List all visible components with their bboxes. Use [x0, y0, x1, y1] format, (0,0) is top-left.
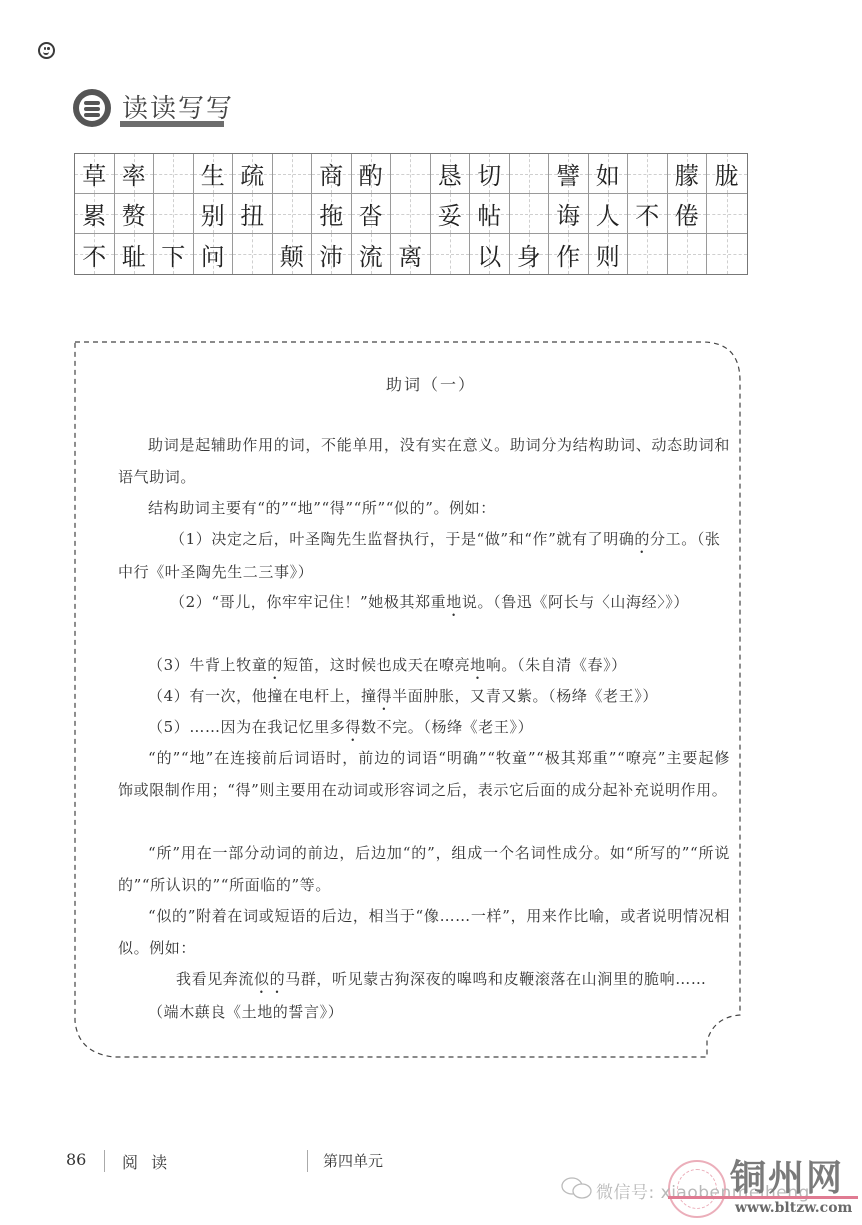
grid-cell	[510, 154, 550, 194]
wechat-icon	[560, 1176, 594, 1200]
paragraph-de-di-de: “的”“地”在连接前后词语时，前边的词语“明确”“牧童”“极其郑重”“嘹亮”主要…	[118, 743, 730, 806]
grid-cell: 则	[589, 234, 629, 274]
grid-cell: 扭	[233, 194, 273, 234]
grid-cell: 恳	[431, 154, 471, 194]
grid-character: 颠	[280, 237, 304, 272]
grid-cell: 酌	[352, 154, 392, 194]
grid-character: 身	[517, 237, 541, 272]
example-4: （4）有一次，他撞在电杆上，撞得半面肿胀，又青又紫。（杨绛《老王》）	[148, 681, 730, 714]
section-title-underline	[120, 121, 224, 127]
quote-example: 我看见奔流似的马群，听见蒙古狗深夜的嗥鸣和皮鞭滚落在山涧里的脆响……（端木蕻良《…	[148, 964, 730, 1029]
footer-divider	[307, 1150, 308, 1172]
grid-cell: 不	[628, 194, 668, 234]
grid-character: 耻	[122, 237, 146, 272]
grid-cell: 赘	[115, 194, 155, 234]
paragraph-sishi: “似的”附着在词或短语的后边，相当于“像……一样”，用来作比喻，或者说明情况相似…	[118, 901, 730, 964]
grid-cell: 下	[154, 234, 194, 274]
grid-character: 拖	[319, 196, 343, 231]
grid-cell	[154, 154, 194, 194]
grid-character: 酌	[359, 156, 383, 191]
grid-character: 累	[82, 196, 106, 231]
grid-cell: 帖	[470, 194, 510, 234]
grid-cell: 商	[312, 154, 352, 194]
grid-character: 作	[556, 237, 580, 272]
grid-cell	[628, 154, 668, 194]
grid-cell: 问	[194, 234, 234, 274]
example-1: （1）决定之后，叶圣陶先生监督执行，于是“做”和“作”就有了明确的分工。（张中行…	[118, 524, 730, 589]
grid-character: 商	[319, 156, 343, 191]
paragraph-intro: 助词是起辅助作用的词，不能单用，没有实在意义。助词分为结构助词、动态助词和语气助…	[118, 430, 730, 493]
section-number-three-icon	[73, 89, 111, 127]
grid-character: 以	[477, 237, 501, 272]
grid-cell: 别	[194, 194, 234, 234]
grid-character: 扭	[240, 196, 264, 231]
section-title: 读读写写	[122, 88, 234, 125]
grid-cell: 妥	[431, 194, 471, 234]
grid-cell	[273, 154, 313, 194]
grid-cell	[628, 234, 668, 274]
grid-cell: 身	[510, 234, 550, 274]
grid-cell: 切	[470, 154, 510, 194]
grid-cell: 诲	[549, 194, 589, 234]
grid-character: 率	[122, 156, 146, 191]
grid-character: 恳	[438, 156, 462, 191]
grid-character: 诲	[556, 196, 580, 231]
character-writing-grid: 草率生疏商酌恳切譬如朦胧累赘别扭拖沓妥帖诲人不倦不耻下问颠沛流离以身作则	[74, 153, 748, 275]
grid-character: 下	[161, 237, 185, 272]
example-5: （5）……因为在我记忆里多得数不完。（杨绛《老王》）	[148, 712, 730, 745]
grid-character: 离	[398, 237, 422, 272]
page-number: 86	[66, 1150, 86, 1169]
footer-divider	[104, 1150, 105, 1172]
grid-character: 沛	[319, 237, 343, 272]
grid-cell	[707, 234, 747, 274]
grid-character: 问	[201, 237, 225, 272]
watermark-ribbon	[668, 1196, 858, 1199]
example-3: （3）牛背上牧童的短笛，这时候也成天在嘹亮地响。（朱自清《春》）	[148, 650, 730, 683]
grid-character: 疏	[240, 156, 264, 191]
watermark-url: www.bltzw.com	[735, 1200, 852, 1216]
grid-cell: 作	[549, 234, 589, 274]
grid-cell	[431, 234, 471, 274]
grid-cell: 沓	[352, 194, 392, 234]
grid-character: 帖	[477, 196, 501, 231]
example-2: （2）“哥儿，你牢牢记住！”她极其郑重地说。（鲁迅《阿长与〈山海经〉》）	[118, 587, 730, 620]
grid-character: 草	[82, 156, 106, 191]
grid-cell: 如	[589, 154, 629, 194]
grid-cell: 胧	[707, 154, 747, 194]
grid-cell: 人	[589, 194, 629, 234]
watermark-brand: 铜州网	[730, 1150, 844, 1201]
paragraph-suo: “所”用在一部分动词的前边，后边加“的”，组成一个名词性成分。如“所写的”“所说…	[118, 838, 730, 901]
grid-character: 流	[359, 237, 383, 272]
grid-character: 切	[477, 156, 501, 191]
grid-cell	[233, 234, 273, 274]
grid-cell: 生	[194, 154, 234, 194]
footer-unit: 第四单元	[323, 1150, 383, 1171]
grid-cell	[510, 194, 550, 234]
paragraph-structural: 结构助词主要有“的”“地”“得”“所”“似的”。例如：	[118, 493, 730, 525]
grid-cell	[391, 154, 431, 194]
grid-character: 妥	[438, 196, 462, 231]
grid-character: 譬	[556, 156, 580, 191]
footer-section: 阅 读	[122, 1150, 171, 1173]
grid-character: 不	[635, 196, 659, 231]
grid-character: 沓	[359, 196, 383, 231]
grid-cell	[391, 194, 431, 234]
grid-cell: 疏	[233, 154, 273, 194]
grid-character: 人	[596, 196, 620, 231]
grid-character: 赘	[122, 196, 146, 231]
smiley-icon	[38, 42, 55, 59]
grid-character: 倦	[675, 196, 699, 231]
grid-cell: 以	[470, 234, 510, 274]
grid-cell: 耻	[115, 234, 155, 274]
grid-cell: 拖	[312, 194, 352, 234]
grid-character: 生	[201, 156, 225, 191]
grid-cell: 倦	[668, 194, 708, 234]
grid-cell	[154, 194, 194, 234]
grid-cell: 沛	[312, 234, 352, 274]
grid-character: 别	[201, 196, 225, 231]
note-title: 助词（一）	[0, 372, 862, 395]
grid-cell: 率	[115, 154, 155, 194]
grid-cell	[707, 194, 747, 234]
grid-character: 不	[82, 237, 106, 272]
grid-character: 朦	[675, 156, 699, 191]
grid-cell	[668, 234, 708, 274]
grid-character: 如	[596, 156, 620, 191]
grid-cell: 累	[75, 194, 115, 234]
grid-cell: 朦	[668, 154, 708, 194]
grid-cell: 草	[75, 154, 115, 194]
grid-character: 胧	[715, 156, 739, 191]
grid-cell: 颠	[273, 234, 313, 274]
grid-cell: 不	[75, 234, 115, 274]
grid-character: 则	[596, 237, 620, 272]
grid-cell: 离	[391, 234, 431, 274]
grid-cell: 譬	[549, 154, 589, 194]
grid-cell	[273, 194, 313, 234]
grid-cell: 流	[352, 234, 392, 274]
